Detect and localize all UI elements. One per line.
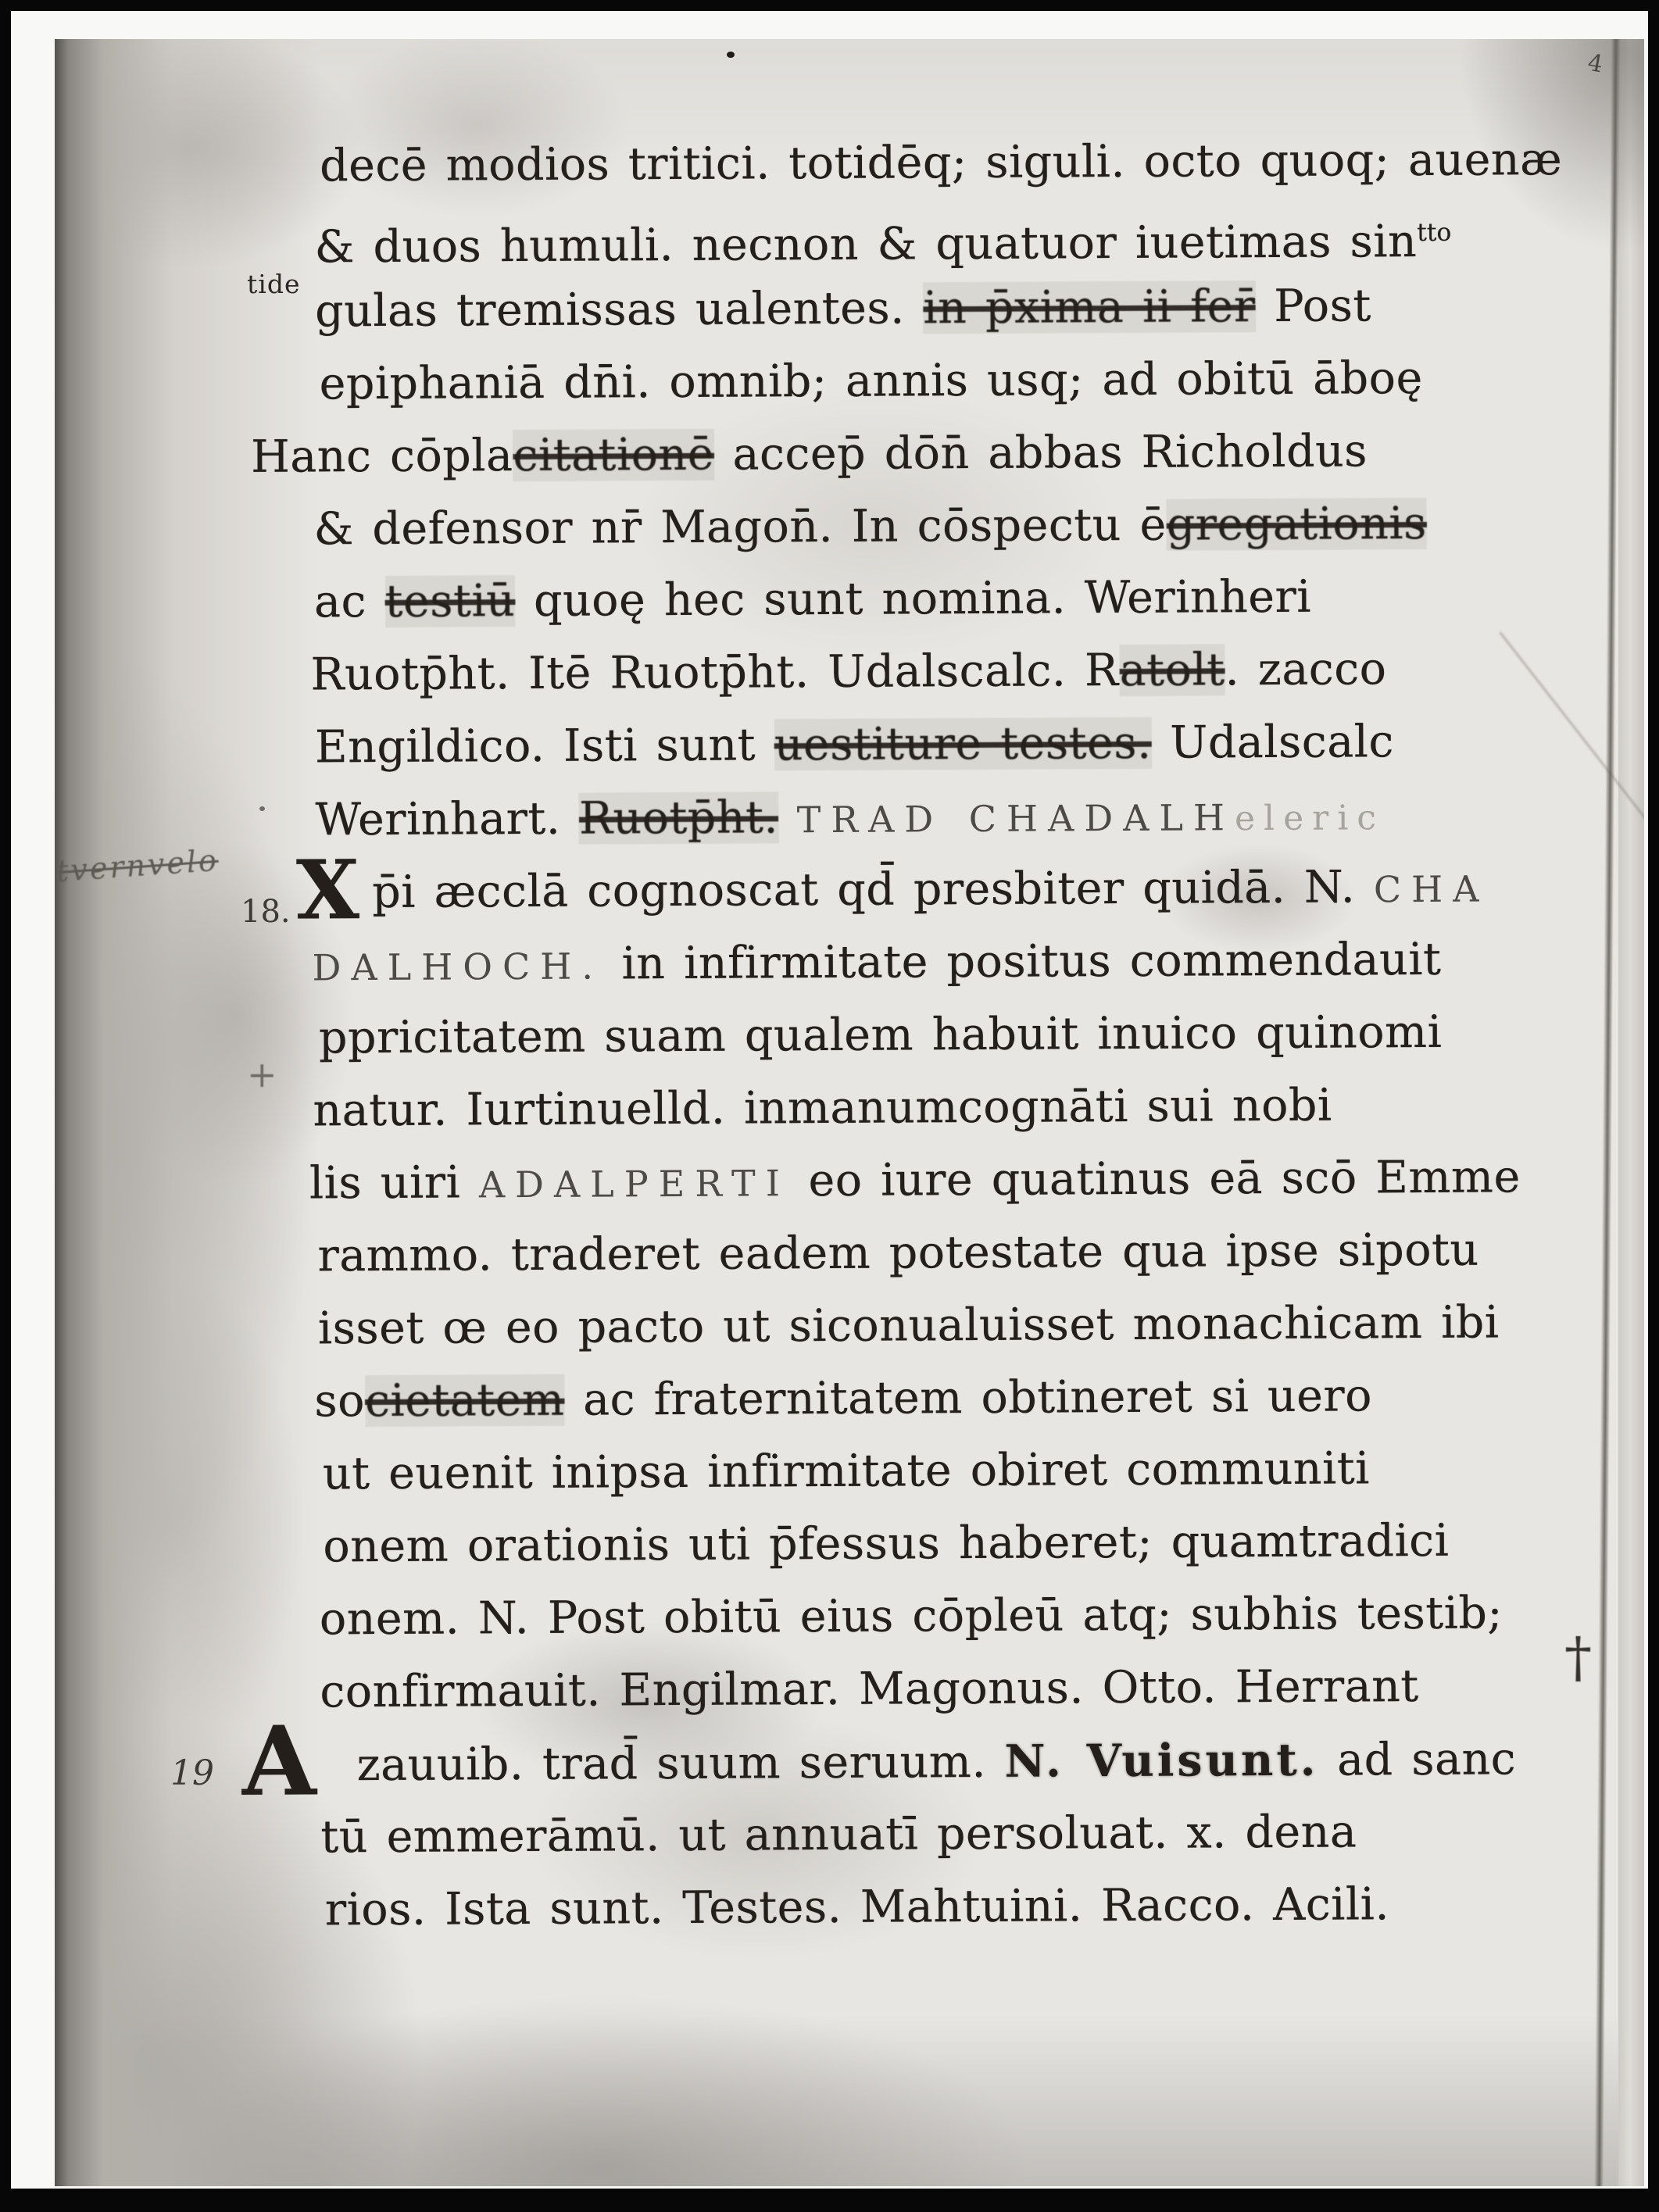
manuscript-line: A zauuib. trad̄ suum seruum. N. Vuisunt.… [242, 1722, 1641, 1802]
margin-cross: + [247, 1053, 277, 1095]
text-segment: TRAD CHADALH [797, 796, 1235, 841]
text-segment: Ruotp̄ht. [579, 792, 778, 844]
manuscript-line: ut euenit inipsa infirmitate obiret comm… [323, 1431, 1639, 1511]
text-segment: epiphaniā dn̄i. omnib; annis usq; ad obi… [319, 352, 1422, 409]
manuscript-line: decē modios tritici. totidēq; siguli. oc… [320, 123, 1632, 203]
manuscript-line: societatem ac fraternitatem obtineret si… [314, 1359, 1639, 1438]
text-segment: & duos humuli. necnon & quatuor iuetimas… [315, 216, 1418, 273]
text-segment: confirmauit. Engilmar. Magonus. Otto. He… [320, 1660, 1419, 1717]
text-segment: ac fraternitatem obtineret si uero [564, 1370, 1372, 1425]
text-segment: testiū [384, 575, 515, 627]
manuscript-page: decē modios tritici. totidēq; siguli. oc… [55, 39, 1644, 2186]
manuscript-line: onem orationis uti p̄fessus haberet; qua… [323, 1504, 1639, 1584]
corner-mark: 4 [1586, 49, 1605, 79]
manuscript-line: Xp̄i æcclā cognoscat qd̄ presbiter quidā… [296, 850, 1636, 930]
text-segment: natur. Iurtinuelld. inmanumcognāti sui n… [313, 1080, 1332, 1137]
text-segment: cietatem [365, 1374, 565, 1427]
text-segment: Hanc cōpla [251, 430, 513, 483]
text-segment: ad sanc [1318, 1733, 1516, 1785]
manuscript-line: gulas tremissas ualentes. in p̄xima ii f… [315, 269, 1633, 348]
binding-gutter-shadow [55, 39, 320, 2186]
text-segment: tū emmerāmū. ut annuatī persoluat. x. de… [320, 1806, 1357, 1863]
text-segment: tto [1417, 219, 1451, 247]
text-segment: onem orationis uti p̄fessus haberet; qua… [323, 1515, 1449, 1573]
manuscript-line: confirmauit. Engilmar. Magonus. Otto. He… [320, 1649, 1640, 1729]
text-segment: DALHOCH. [312, 945, 603, 988]
text-segment: in p̄xima ii fer̄ [923, 281, 1256, 334]
text-segment: Ruotp̄ht. Itē Ruotp̄ht. Udalscalc. R [310, 645, 1120, 700]
manuscript-line: epiphaniā dn̄i. omnib; annis usq; ad obi… [319, 341, 1633, 421]
text-segment: isset œ eo pacto ut siconualuisset monac… [318, 1296, 1500, 1354]
text-segment: accep̄ dōn̄ abbas Richoldus [714, 425, 1368, 480]
text-segment: gulas tremissas ualentes. [315, 282, 924, 337]
margin-dagger-mark: † [1564, 1625, 1592, 1689]
text-segment: . zacco [1225, 643, 1386, 695]
initial-letter: A [241, 1704, 316, 1817]
manuscript-line: & defensor nr̄ Magon̄. In cōspectu ēgreg… [313, 487, 1634, 566]
manuscript-line: Engildico. Isti sunt uestiture testes. U… [315, 705, 1636, 784]
photo-paper: decē modios tritici. totidēq; siguli. oc… [11, 11, 1648, 2189]
text-segment: so [314, 1375, 365, 1427]
text-segment [778, 792, 797, 843]
text-segment: gregationis [1167, 498, 1427, 551]
text-segment: atolt [1120, 644, 1225, 696]
initial-letter: X [296, 842, 360, 938]
manuscript-line: tū emmerāmū. ut annuatī persoluat. x. de… [320, 1795, 1641, 1874]
text-segment: p̄i æcclā cognoscat qd̄ presbiter quidā.… [372, 861, 1374, 918]
manuscript-line: Ruotp̄ht. Itē Ruotp̄ht. Udalscalc. Ratol… [310, 632, 1635, 712]
text-segment: Udalscalc [1152, 716, 1395, 769]
manuscript-line: lis uiri ADALPERTI eo iure quatinus eā s… [309, 1141, 1638, 1220]
manuscript-line: isset œ eo pacto ut siconualuisset monac… [318, 1286, 1639, 1366]
manuscript-line: ac testiū quoę hec sunt nomina. Werinher… [314, 559, 1635, 639]
manuscript-line: rios. Ista sunt. Testes. Mahtuini. Racco… [325, 1867, 1642, 1947]
text-segment: ADALPERTI [479, 1162, 790, 1206]
text-segment: CHA [1374, 868, 1489, 911]
text-segment: quoę hec sunt nomina. Werinheri [515, 571, 1311, 627]
text-segment: uestiture testes. [774, 717, 1152, 771]
text-segment: Engildico. Isti sunt [315, 719, 774, 773]
text-segment: citationē [513, 429, 714, 481]
text-segment: ac [314, 576, 385, 627]
manuscript-line: onem. N. Post obitū eius cōpleū atq; sub… [320, 1577, 1640, 1656]
text-segment: zauuib. trad̄ suum seruum. [338, 1736, 1005, 1791]
text-segment: Werinhart. [315, 793, 579, 846]
manuscript-line: ppricitatem suam qualem habuit inuico qu… [319, 995, 1637, 1075]
ink-speck [259, 806, 265, 811]
manuscript-line: Werinhart. Ruotp̄ht. TRAD CHADALHeleric [315, 777, 1636, 857]
text-segment: & defensor nr̄ Magon̄. In cōspectu ē [313, 499, 1167, 556]
text-segment: eleric [1235, 798, 1385, 838]
text-segment: lis uiri [309, 1156, 479, 1209]
margin-note-cursive: tvernvelo [55, 843, 220, 888]
manuscript-line: Hanc cōplacitationē accep̄ dōn̄ abbas Ri… [251, 414, 1634, 494]
text-segment: ppricitatem suam qualem habuit inuico qu… [319, 1006, 1443, 1064]
manuscript-line: rammo. traderet eadem potestate qua ipse… [317, 1213, 1638, 1293]
manuscript-line: & duos humuli. necnon & quatuor iuetimas… [314, 196, 1632, 276]
text-segment: decē modios tritici. totidēq; siguli. oc… [320, 134, 1562, 191]
ink-speck [727, 52, 735, 58]
text-segment: Post [1255, 280, 1371, 332]
interlinear-correction: tide [247, 269, 300, 299]
entry-number-18: 18. [241, 894, 291, 930]
text-segment: rammo. traderet eadem potestate qua ipse… [317, 1224, 1479, 1282]
text-segment: in infirmitate positus commendauit [603, 934, 1442, 990]
entry-number-19: 19 [170, 1753, 214, 1793]
text-segment: N. Vuisunt. [1004, 1734, 1318, 1788]
text-block: decē modios tritici. totidēq; siguli. oc… [308, 123, 1642, 1947]
manuscript-line: natur. Iurtinuelld. inmanumcognāti sui n… [313, 1068, 1637, 1148]
text-segment: eo iure quatinus eā scō Emme [790, 1151, 1521, 1206]
manuscript-line: DALHOCH. in infirmitate positus commenda… [312, 923, 1636, 1002]
text-segment: ut euenit inipsa infirmitate obiret comm… [323, 1442, 1370, 1499]
text-segment: onem. N. Post obitū eius cōpleū atq; sub… [320, 1587, 1503, 1645]
text-segment: rios. Ista sunt. Testes. Mahtuini. Racco… [325, 1878, 1389, 1935]
